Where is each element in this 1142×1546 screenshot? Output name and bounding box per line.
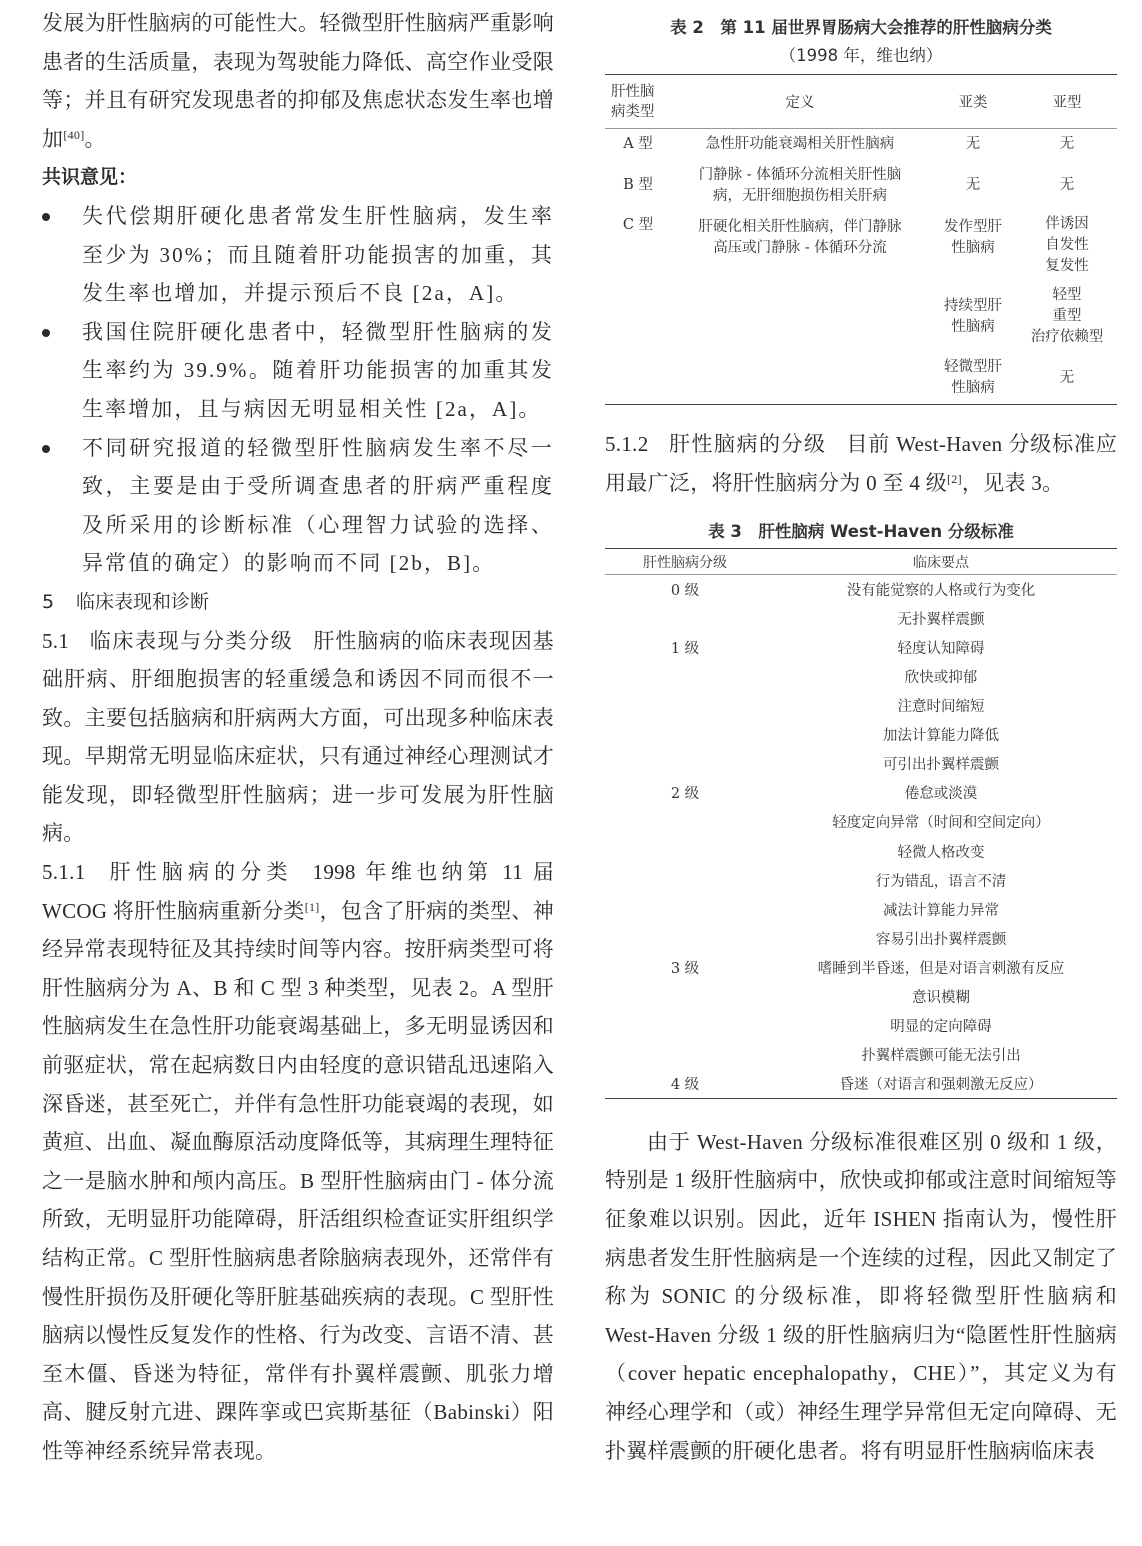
cell-clinical-point: 没有能觉察的人格或行为变化 (765, 575, 1117, 604)
cell-definition: 门静脉 - 体循环分流相关肝性脑病，无肝细胞损伤相关肝病 (671, 161, 929, 211)
cell-line: 性脑病 (951, 380, 995, 396)
table-3-caption: 表 3 肝性脑病 West-Haven 分级标准 (605, 518, 1117, 546)
consensus-item-text: 不同研究报道的轻微型肝性脑病发生率不尽一致，主要是由于受所调查患者的肝病严重程度… (82, 436, 554, 576)
table-row: 轻微型肝性脑病 无 (605, 353, 1117, 405)
cell-line: 持续型肝 (944, 298, 1002, 314)
section-number: 5 (42, 583, 76, 622)
table-row: 1 级轻度认知障碍 (605, 633, 1117, 662)
cell-clinical-point: 轻度定向异常（时间和空间定向） (765, 807, 1117, 836)
col-header-subclass: 亚类 (929, 75, 1017, 129)
cell-line: 自发性 (1045, 237, 1089, 253)
cell-grade: 3 级 (605, 953, 765, 982)
cell-line: 门静脉 - 体循环分流相关肝性脑 (699, 167, 902, 183)
right-column: 表 2 第 11 届世界胃肠病大会推荐的肝性脑病分类 （1998 年，维也纳） … (605, 0, 1117, 1470)
cell-line: 高压或门静脉 - 体循环分流 (713, 240, 887, 256)
cell-line: 性脑病 (951, 319, 995, 335)
cell-definition: 急性肝功能衰竭相关肝性脑病 (671, 129, 929, 161)
citation-ref: [40] (63, 128, 84, 142)
cell-grade (605, 807, 765, 836)
consensus-item: 我国住院肝硬化患者中，轻微型肝性脑病的发生率约为 39.9%。随着肝功能损害的加… (42, 313, 554, 429)
cell-grade (605, 982, 765, 1011)
cell-grade (605, 866, 765, 895)
cell-line: 性脑病 (951, 240, 995, 256)
subsection-number: 5.1.1 (42, 853, 86, 892)
cell-clinical-point: 减法计算能力异常 (765, 895, 1117, 924)
table-row: 3 级嗜睡到半昏迷，但是对语言刺激有反应 (605, 953, 1117, 982)
cell-subclass: 发作型肝性脑病 (929, 211, 1017, 281)
cell-type: B 型 (605, 161, 671, 211)
subsection-number: 5.1.2 (605, 425, 649, 464)
intro-end: 。 (85, 127, 106, 151)
table-row: C 型 肝硬化相关肝性脑病，伴门静脉高压或门静脉 - 体循环分流 发作型肝性脑病… (605, 211, 1117, 281)
cell-type: C 型 (605, 211, 671, 281)
citation-ref: [2] (947, 472, 962, 486)
cell-clinical-point: 轻度认知障碍 (765, 633, 1117, 662)
subsection-text-cont: ，包含了肝病的类型、神经异常表现特征及其持续时间等内容。按肝病类型可将肝性脑病分… (42, 899, 554, 1463)
cell-clinical-point: 可引出扑翼样震颤 (765, 749, 1117, 778)
cell-grade (605, 749, 765, 778)
table-row: 明显的定向障碍 (605, 1011, 1117, 1040)
cell-line: 复发性 (1045, 258, 1089, 274)
consensus-list: 失代偿期肝硬化患者常发生肝性脑病，发生率至少为 30%；而且随着肝功能损害的加重… (42, 197, 554, 583)
subsection-title: 肝性脑病的分类 (106, 860, 293, 884)
col-header-subtype: 亚型 (1017, 75, 1117, 129)
table-row: A 型 急性肝功能衰竭相关肝性脑病 无 无 (605, 129, 1117, 161)
cell-type (605, 353, 671, 405)
table-row: 持续型肝性脑病 轻型重型治疗依赖型 (605, 281, 1117, 353)
cell-subclass: 无 (929, 161, 1017, 211)
cell-clinical-point: 昏迷（对语言和强刺激无反应） (765, 1069, 1117, 1098)
section-5-heading: 5临床表现和诊断 (42, 583, 554, 622)
consensus-item-text: 我国住院肝硬化患者中，轻微型肝性脑病的发生率约为 39.9%。随着肝功能损害的加… (82, 320, 554, 421)
cell-line: 发作型肝 (944, 219, 1002, 235)
table-row: B 型 门静脉 - 体循环分流相关肝性脑病，无肝细胞损伤相关肝病 无 无 (605, 161, 1117, 211)
intro-paragraph: 发展为肝性脑病的可能性大。轻微型肝性脑病严重影响患者的生活质量，表现为驾驶能力降… (42, 4, 554, 158)
table-row: 可引出扑翼样震颤 (605, 749, 1117, 778)
cell-clinical-point: 轻微人格改变 (765, 837, 1117, 866)
table-row: 减法计算能力异常 (605, 895, 1117, 924)
cell-grade (605, 1040, 765, 1069)
cell-definition (671, 281, 929, 353)
cell-line: 轻微型肝 (944, 359, 1002, 375)
cell-line: 治疗依赖型 (1031, 329, 1104, 345)
table-row: 轻微人格改变 (605, 837, 1117, 866)
cell-clinical-point: 行为错乱，语言不清 (765, 866, 1117, 895)
section-5-1: 5.1临床表现与分类分级肝性脑病的临床表现因基础肝病、肝细胞损害的轻重缓急和诱因… (42, 622, 554, 854)
cell-grade (605, 691, 765, 720)
subsection-title: 肝性脑病的分级 (669, 432, 827, 456)
table-row: 4 级昏迷（对语言和强刺激无反应） (605, 1069, 1117, 1098)
subsection-title: 临床表现与分类分级 (89, 629, 293, 653)
table-row: 注意时间缩短 (605, 691, 1117, 720)
cell-subclass: 无 (929, 129, 1017, 161)
cell-type: A 型 (605, 129, 671, 161)
subsection-text-cont: ，见表 3。 (962, 471, 1064, 495)
cell-clinical-point: 加法计算能力降低 (765, 720, 1117, 749)
cell-subtype: 无 (1017, 129, 1117, 161)
cell-definition (671, 353, 929, 405)
consensus-item: 不同研究报道的轻微型肝性脑病发生率不尽一致，主要是由于受所调查患者的肝病严重程度… (42, 429, 554, 583)
cell-clinical-point: 注意时间缩短 (765, 691, 1117, 720)
consensus-item: 失代偿期肝硬化患者常发生肝性脑病，发生率至少为 30%；而且随着肝功能损害的加重… (42, 197, 554, 313)
citation-ref: [1] (305, 900, 320, 914)
cell-line: 肝硬化相关肝性脑病，伴门静脉 (699, 219, 902, 235)
cell-clinical-point: 扑翼样震颤可能无法引出 (765, 1040, 1117, 1069)
cell-line: 轻型 (1053, 287, 1082, 303)
bullet-icon (42, 213, 50, 221)
cell-grade (605, 720, 765, 749)
table-2: 肝性脑病类型 定义 亚类 亚型 A 型 急性肝功能衰竭相关肝性脑病 无 无 B … (605, 74, 1117, 405)
col-header-type: 肝性脑病类型 (605, 75, 671, 129)
bullet-icon (42, 445, 50, 453)
cell-clinical-point: 明显的定向障碍 (765, 1011, 1117, 1040)
cell-line: 重型 (1053, 308, 1082, 324)
table-row: 无扑翼样震颤 (605, 604, 1117, 633)
table-row: 轻度定向异常（时间和空间定向） (605, 807, 1117, 836)
cell-grade (605, 604, 765, 633)
col-header-grade: 肝性脑病分级 (605, 549, 765, 575)
table-row: 行为错乱，语言不清 (605, 866, 1117, 895)
cell-clinical-point: 意识模糊 (765, 982, 1117, 1011)
header-line: 病类型 (611, 104, 655, 120)
cell-subtype: 轻型重型治疗依赖型 (1017, 281, 1117, 353)
cell-clinical-point: 无扑翼样震颤 (765, 604, 1117, 633)
cell-clinical-point: 欣快或抑郁 (765, 662, 1117, 691)
cell-grade: 1 级 (605, 633, 765, 662)
cell-line: 病，无肝细胞损伤相关肝病 (713, 188, 887, 204)
cell-grade (605, 895, 765, 924)
bullet-icon (42, 329, 50, 337)
cell-subclass: 持续型肝性脑病 (929, 281, 1017, 353)
table-2-caption: 表 2 第 11 届世界胃肠病大会推荐的肝性脑病分类 (605, 14, 1117, 42)
table-row: 0 级没有能觉察的人格或行为变化 (605, 575, 1117, 604)
cell-definition: 肝硬化相关肝性脑病，伴门静脉高压或门静脉 - 体循环分流 (671, 211, 929, 281)
cell-grade: 0 级 (605, 575, 765, 604)
section-5-1-2: 5.1.2肝性脑病的分级目前 West-Haven 分级标准应用最广泛，将肝性脑… (605, 425, 1117, 502)
col-header-definition: 定义 (671, 75, 929, 129)
consensus-item-text: 失代偿期肝硬化患者常发生肝性脑病，发生率至少为 30%；而且随着肝功能损害的加重… (82, 204, 554, 305)
table-row: 意识模糊 (605, 982, 1117, 1011)
cell-type (605, 281, 671, 353)
cell-subtype: 无 (1017, 161, 1117, 211)
cell-clinical-point: 嗜睡到半昏迷，但是对语言刺激有反应 (765, 953, 1117, 982)
cell-clinical-point: 容易引出扑翼样震颤 (765, 924, 1117, 953)
cell-clinical-point: 倦怠或淡漠 (765, 778, 1117, 807)
cell-grade (605, 837, 765, 866)
cell-grade (605, 1011, 765, 1040)
table-row: 扑翼样震颤可能无法引出 (605, 1040, 1117, 1069)
closing-paragraph: 由于 West-Haven 分级标准很难区别 0 级和 1 级，特别是 1 级肝… (605, 1123, 1117, 1470)
header-line: 肝性脑 (611, 84, 655, 100)
cell-grade (605, 662, 765, 691)
table-row: 加法计算能力降低 (605, 720, 1117, 749)
cell-subclass: 轻微型肝性脑病 (929, 353, 1017, 405)
section-5-1-1: 5.1.1肝性脑病的分类1998 年维也纳第 11 届 WCOG 将肝性脑病重新… (42, 853, 554, 1471)
table-3: 肝性脑病分级 临床要点 0 级没有能觉察的人格或行为变化无扑翼样震颤1 级轻度认… (605, 548, 1117, 1099)
table-row: 容易引出扑翼样震颤 (605, 924, 1117, 953)
intro-text: 发展为肝性脑病的可能性大。轻微型肝性脑病严重影响患者的生活质量，表现为驾驶能力降… (42, 11, 554, 151)
col-header-clinical-points: 临床要点 (765, 549, 1117, 575)
subsection-number: 5.1 (42, 622, 69, 661)
left-column: 发展为肝性脑病的可能性大。轻微型肝性脑病严重影响患者的生活质量，表现为驾驶能力降… (42, 0, 554, 1471)
section-title: 临床表现和诊断 (76, 591, 209, 613)
subsection-text: 肝性脑病的临床表现因基础肝病、肝细胞损害的轻重缓急和诱因不同而很不一致。主要包括… (42, 629, 554, 846)
table-row: 欣快或抑郁 (605, 662, 1117, 691)
cell-line: 伴诱因 (1045, 216, 1089, 232)
consensus-heading: 共识意见： (42, 158, 554, 197)
cell-subtype: 无 (1017, 353, 1117, 405)
table-row: 2 级倦怠或淡漠 (605, 778, 1117, 807)
cell-grade: 2 级 (605, 778, 765, 807)
cell-subtype: 伴诱因自发性复发性 (1017, 211, 1117, 281)
table-2-caption-sub: （1998 年，维也纳） (605, 42, 1117, 70)
cell-grade: 4 级 (605, 1069, 765, 1098)
cell-grade (605, 924, 765, 953)
